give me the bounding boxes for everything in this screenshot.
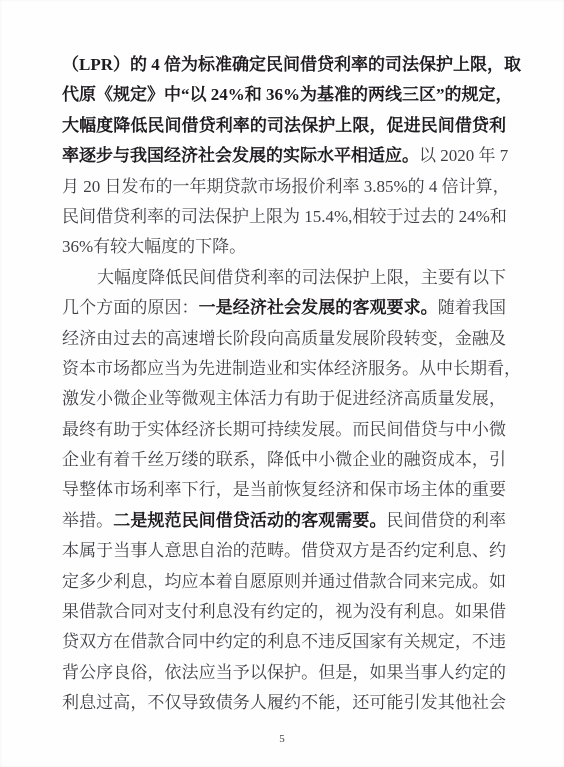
text-segment: 背公序良俗，依法应当予以保护。但是，如果当事人约定的	[62, 663, 506, 682]
text-line: 导整体市场利率下行，是当前恢复经济和保市场主体的重要	[62, 475, 506, 505]
text-segment: 激发小微企业等微观主体活力有助于促进经济高质量发展，	[62, 389, 506, 408]
text-segment: 果借款合同对支付利息没有约定的，视为没有利息。如果借	[62, 602, 506, 621]
text-line: 激发小微企业等微观主体活力有助于促进经济高质量发展，	[62, 384, 506, 414]
text-line: 经济由过去的高速增长阶段向高质量发展阶段转变，金融及	[62, 324, 506, 354]
text-line: 资本市场都应当为先进制造业和实体经济服务。从中长期看，	[62, 354, 506, 384]
bold-text-segment: 二是规范民间借贷活动的客观需要。	[113, 511, 386, 530]
text-segment: 民间借贷的利率	[387, 511, 506, 530]
text-segment: 最终有助于实体经济长期可持续发展。而民间借贷与中小微	[62, 420, 506, 439]
text-segment: 定多少利息，均应本着自愿原则并通过借款合同来完成。如	[62, 572, 506, 591]
text-segment: 资本市场都应当为先进制造业和实体经济服务。从中长期看，	[62, 359, 521, 378]
bold-text-segment: 一是经济社会发展的客观要求。	[199, 298, 438, 317]
text-line: 月 20 日发布的一年期贷款市场报价利率 3.85%的 4 倍计算，	[62, 172, 506, 202]
text-segment: 企业有着千丝万缕的联系，降低中小微企业的融资成本，引	[62, 450, 506, 469]
text-segment: 随着我国	[438, 298, 506, 317]
text-segment: 利息过高，不仅导致债务人履约不能，还可能引发其他社会	[62, 693, 506, 712]
text-line: 大幅度降低民间借贷利率的司法保护上限，促进民间借贷利	[62, 111, 506, 141]
bold-text-segment: 率逐步与我国经济社会发展的实际水平相适应。	[62, 146, 419, 165]
text-segment: 大幅度降低民间借贷利率的司法保护上限，主要有以下	[97, 268, 506, 287]
text-line: 背公序良俗，依法应当予以保护。但是，如果当事人约定的	[62, 658, 506, 688]
text-segment: 36%有较大幅度的下降。	[62, 237, 246, 256]
text-segment: 民间借贷利率的司法保护上限为 15.4%,相较于过去的 24%和	[62, 207, 507, 226]
text-line: 代原《规定》中“以 24%和 36%为基准的两线三区”的规定，	[62, 80, 506, 110]
text-line: 最终有助于实体经济长期可持续发展。而民间借贷与中小微	[62, 415, 506, 445]
text-segment: 贷双方在借款合同中约定的利息不违反国家有关规定，不违	[62, 632, 506, 651]
text-line: 民间借贷利率的司法保护上限为 15.4%,相较于过去的 24%和	[62, 202, 506, 232]
text-line: 利息过高，不仅导致债务人履约不能，还可能引发其他社会	[62, 688, 506, 718]
text-segment: 导整体市场利率下行，是当前恢复经济和保市场主体的重要	[62, 480, 506, 499]
text-segment: 经济由过去的高速增长阶段向高质量发展阶段转变，金融及	[62, 329, 506, 348]
text-line: （LPR）的 4 倍为标准确定民间借贷利率的司法保护上限，取	[62, 50, 506, 80]
text-line: 贷双方在借款合同中约定的利息不违反国家有关规定，不违	[62, 627, 506, 657]
text-body: （LPR）的 4 倍为标准确定民间借贷利率的司法保护上限，取代原《规定》中“以 …	[62, 50, 506, 719]
text-line: 大幅度降低民间借贷利率的司法保护上限，主要有以下	[62, 263, 506, 293]
text-line: 本属于当事人意思自治的范畴。借贷双方是否约定利息、约	[62, 536, 506, 566]
bold-text-segment: （LPR）的 4 倍为标准确定民间借贷利率的司法保护上限，取	[62, 55, 521, 74]
text-line: 举措。二是规范民间借贷活动的客观需要。民间借贷的利率	[62, 506, 506, 536]
bold-text-segment: 大幅度降低民间借贷利率的司法保护上限，促进民间借贷利	[62, 116, 506, 135]
text-segment: 几个方面的原因：	[62, 298, 199, 317]
text-line: 企业有着千丝万缕的联系，降低中小微企业的融资成本，引	[62, 445, 506, 475]
document-page: （LPR）的 4 倍为标准确定民间借贷利率的司法保护上限，取代原《规定》中“以 …	[0, 0, 564, 767]
text-line: 几个方面的原因：一是经济社会发展的客观要求。随着我国	[62, 293, 506, 323]
bold-text-segment: 代原《规定》中“以 24%和 36%为基准的两线三区”的规定，	[62, 85, 513, 104]
text-line: 定多少利息，均应本着自愿原则并通过借款合同来完成。如	[62, 567, 506, 597]
text-line: 率逐步与我国经济社会发展的实际水平相适应。以 2020 年 7	[62, 141, 506, 171]
text-line: 果借款合同对支付利息没有约定的，视为没有利息。如果借	[62, 597, 506, 627]
text-segment: 本属于当事人意思自治的范畴。借贷双方是否约定利息、约	[62, 541, 506, 560]
text-line: 36%有较大幅度的下降。	[62, 232, 506, 262]
text-segment: 以 2020 年 7	[419, 146, 508, 165]
text-segment: 举措。	[62, 511, 113, 530]
page-number: 5	[0, 731, 564, 747]
text-segment: 月 20 日发布的一年期贷款市场报价利率 3.85%的 4 倍计算，	[62, 177, 510, 196]
